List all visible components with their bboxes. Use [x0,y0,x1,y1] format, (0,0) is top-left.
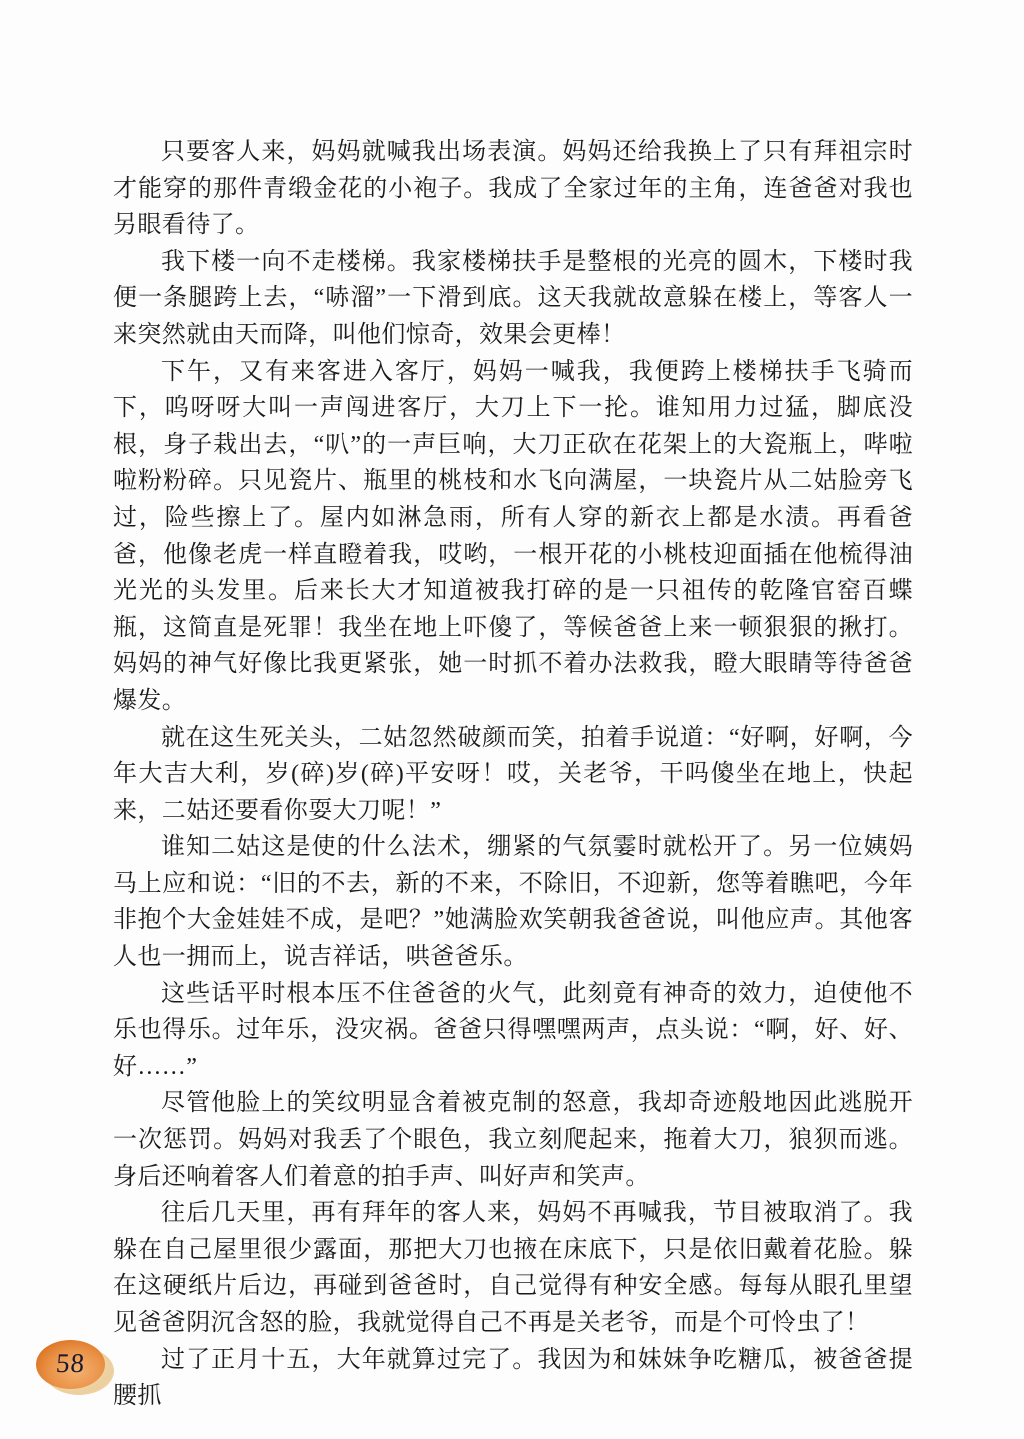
paragraph: 我下楼一向不走楼梯。我家楼梯扶手是整根的光亮的圆木，下楼时我便一条腿跨上去，“哧… [113,244,913,354]
article-text: 只要客人来，妈妈就喊我出场表演。妈妈还给我换上了只有拜祖宗时才能穿的那件青缎金花… [113,134,913,1415]
paragraph: 这些话平时根本压不住爸爸的火气，此刻竟有神奇的效力，迫使他不乐也得乐。过年乐，没… [113,976,913,1086]
paragraph: 过了正月十五，大年就算过完了。我因为和妹妹争吃糖瓜，被爸爸提腰抓 [113,1342,913,1415]
paragraph: 谁知二姑这是使的什么法术，绷紧的气氛霎时就松开了。另一位姨妈马上应和说：“旧的不… [113,829,913,975]
page-number: 58 [55,1348,86,1381]
paragraph: 就在这生死关头，二姑忽然破颜而笑，拍着手说道：“好啊，好啊，今年大吉大利，岁(碎… [113,720,913,830]
textbook-page: 只要客人来，妈妈就喊我出场表演。妈妈还给我换上了只有拜祖宗时才能穿的那件青缎金花… [0,0,1024,1439]
badge-oval: 58 [36,1340,105,1389]
paragraph: 尽管他脸上的笑纹明显含着被克制的怒意，我却奇迹般地因此逃脱开一次惩罚。妈妈对我丢… [113,1085,913,1195]
paragraph: 下午，又有来客进入客厅，妈妈一喊我，我便跨上楼梯扶手飞骑而下，呜呀呀大叫一声闯进… [113,354,913,720]
page-number-badge: 58 [36,1340,116,1398]
paragraph: 只要客人来，妈妈就喊我出场表演。妈妈还给我换上了只有拜祖宗时才能穿的那件青缎金花… [113,134,913,244]
paragraph: 往后几天里，再有拜年的客人来，妈妈不再喊我，节目被取消了。我躲在自己屋里很少露面… [113,1195,913,1341]
